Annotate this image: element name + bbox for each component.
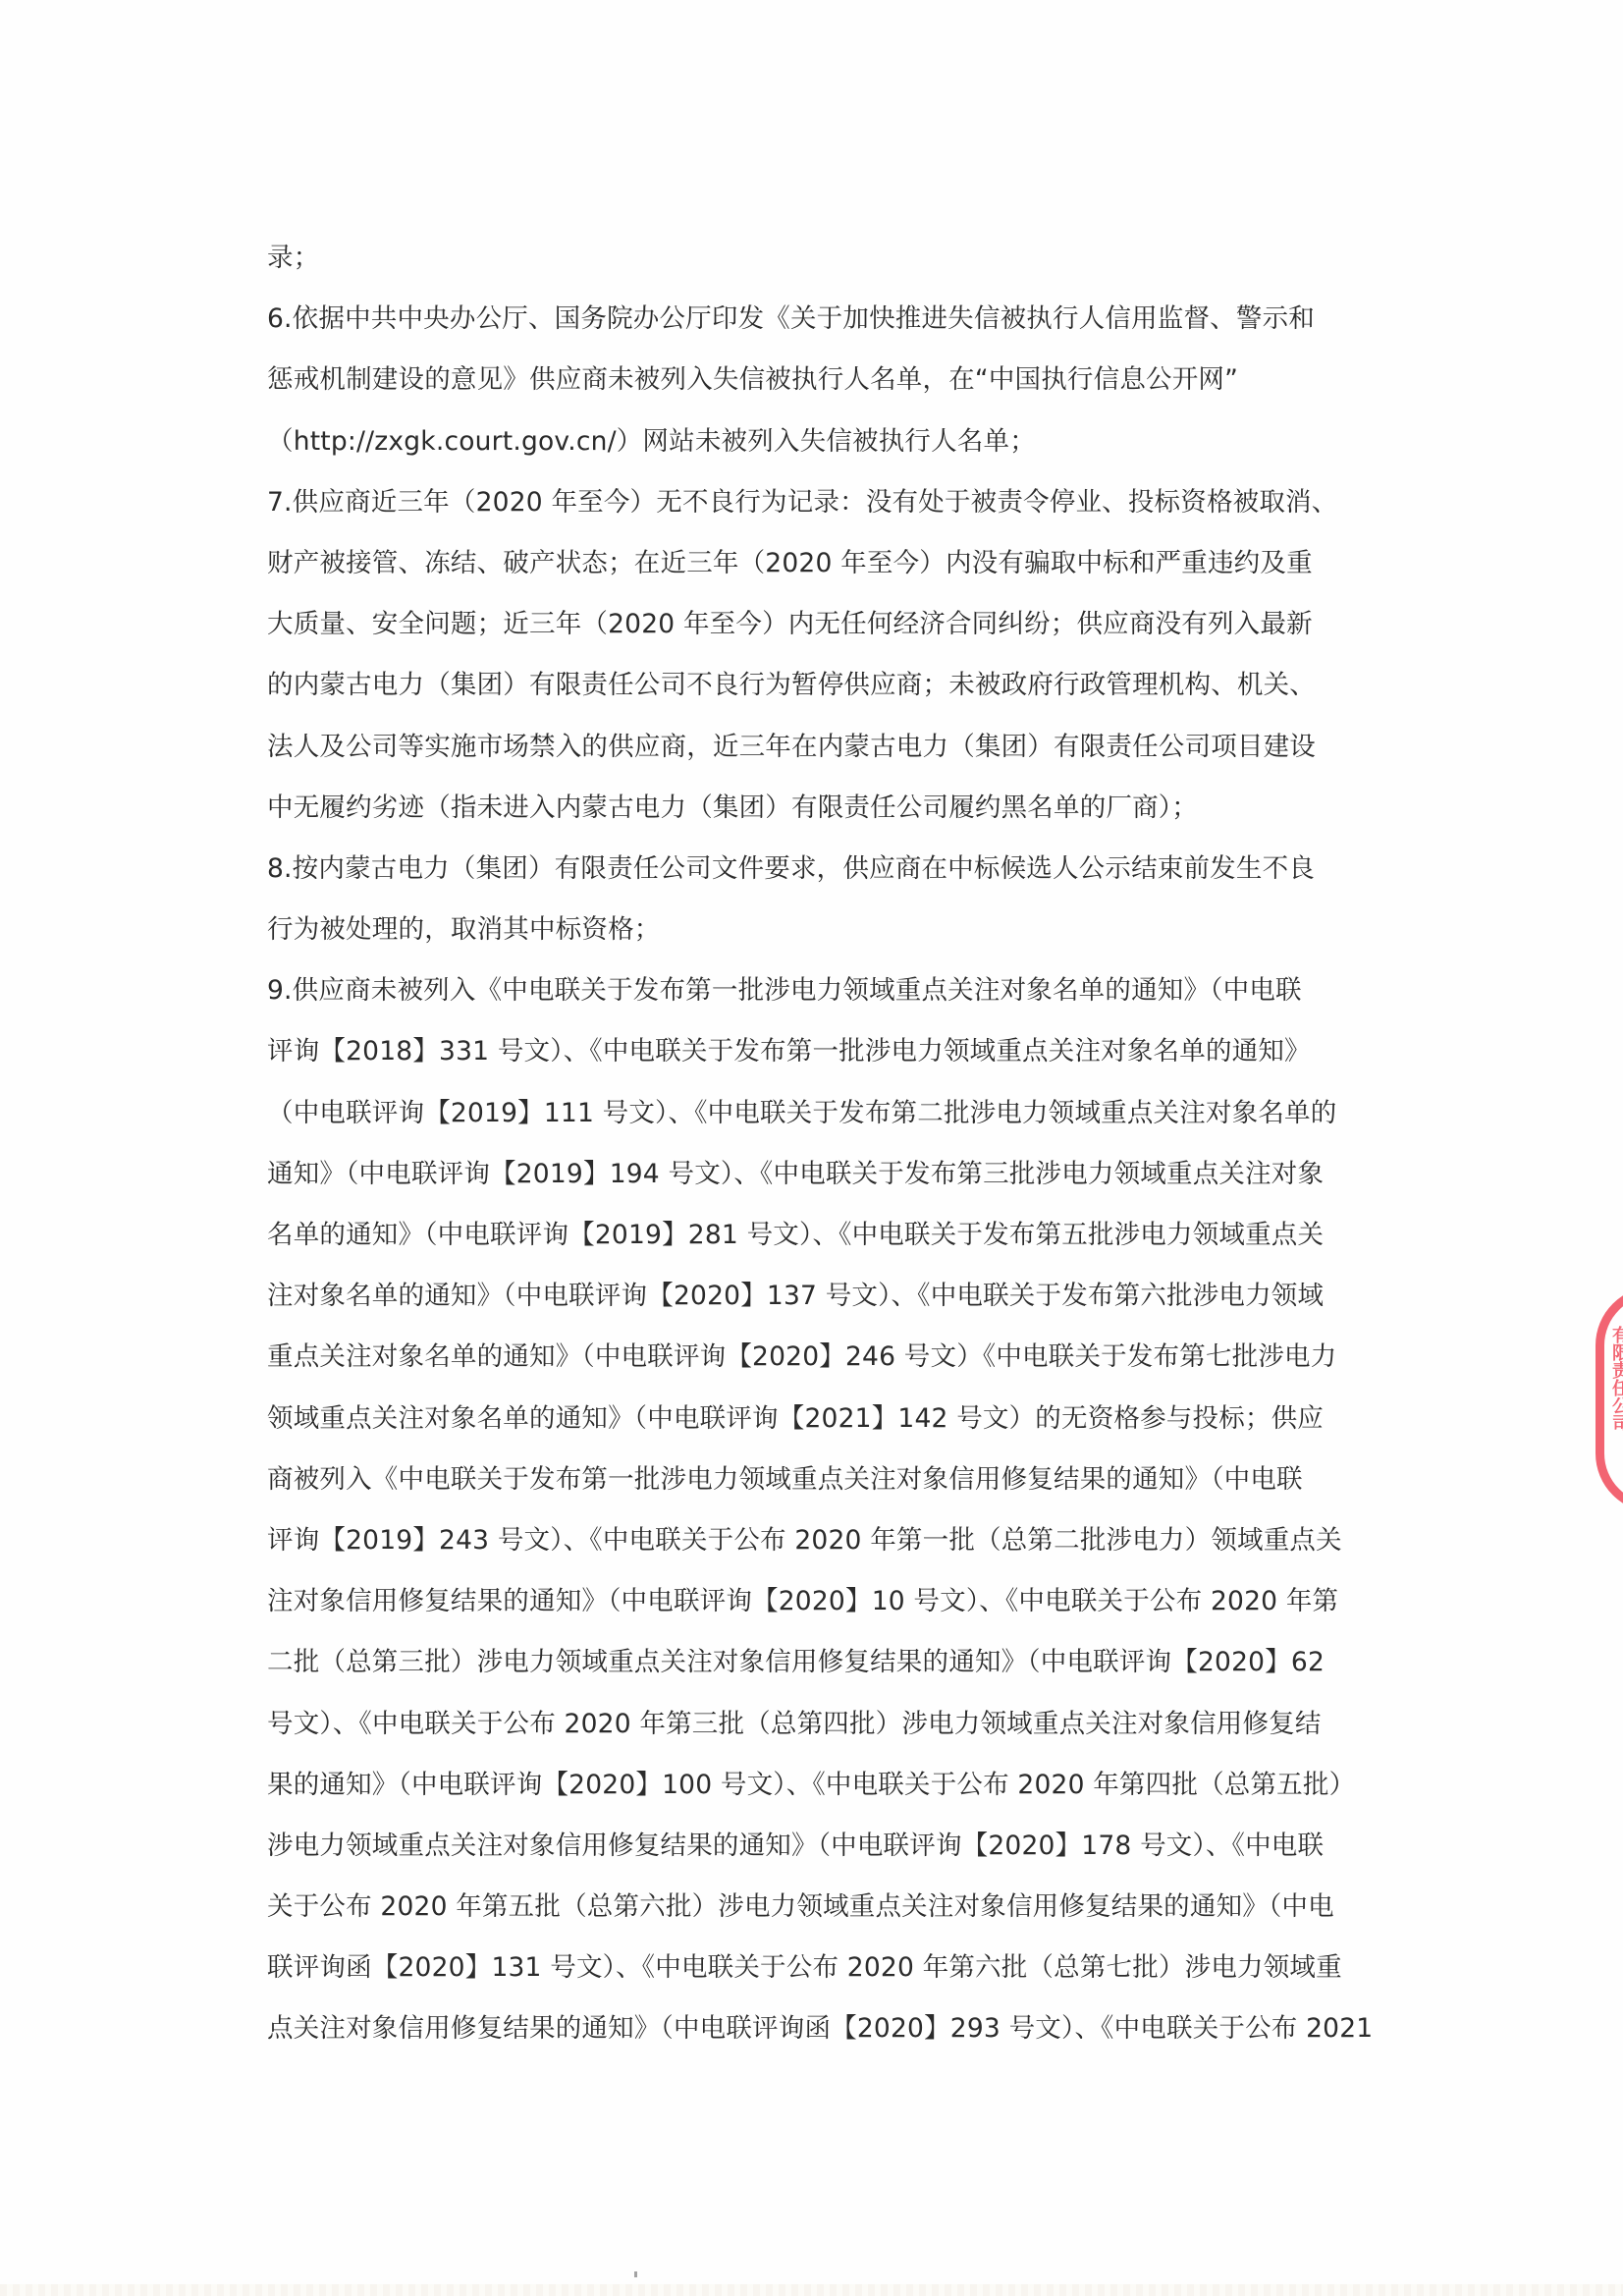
text-line: 惩戒机制建设的意见》供应商未被列入失信被执行人名单，在“中国执行信息公开网” xyxy=(267,350,1357,410)
text-line: 评询【2018】331 号文）、《中电联关于发布第一批涉电力领域重点关注对象名单… xyxy=(267,1021,1357,1082)
text-line: （http://zxgk.court.gov.cn/）网站未被列入失信被执行人名… xyxy=(267,411,1357,472)
text-line: 号文）、《中电联关于公布 2020 年第三批（总第四批）涉电力领域重点关注对象信… xyxy=(267,1694,1357,1755)
scan-edge xyxy=(0,2284,1623,2296)
text-line: 的内蒙古电力（集团）有限责任公司不良行为暂停供应商；未被政府行政管理机构、机关、 xyxy=(267,655,1357,716)
text-line: 名单的通知》（中电联评询【2019】281 号文）、《中电联关于发布第五批涉电力… xyxy=(267,1205,1357,1266)
seal-stamp-text: 有限责任公司 xyxy=(1606,1326,1623,1473)
text-line: 果的通知》（中电联评询【2020】100 号文）、《中电联关于公布 2020 年… xyxy=(267,1755,1357,1816)
scan-artifact xyxy=(634,2271,637,2277)
text-line: 注对象名单的通知》（中电联评询【2020】137 号文）、《中电联关于发布第六批… xyxy=(267,1266,1357,1327)
text-line: 联评询函【2020】131 号文）、《中电联关于公布 2020 年第六批（总第七… xyxy=(267,1938,1357,1998)
text-line: 涉电力领域重点关注对象信用修复结果的通知》（中电联评询【2020】178 号文）… xyxy=(267,1816,1357,1877)
text-line: 评询【2019】243 号文）、《中电联关于公布 2020 年第一批（总第二批涉… xyxy=(267,1510,1357,1571)
text-line: 领域重点关注对象名单的通知》（中电联评询【2021】142 号文）的无资格参与投… xyxy=(267,1389,1357,1449)
text-line: 中无履约劣迹（指未进入内蒙古电力（集团）有限责任公司履约黑名单的厂商）； xyxy=(267,778,1357,839)
text-line: 二批（总第三批）涉电力领域重点关注对象信用修复结果的通知》（中电联评询【2020… xyxy=(267,1632,1357,1693)
text-line: 财产被接管、冻结、破产状态；在近三年（2020 年至今）内没有骗取中标和严重违约… xyxy=(267,533,1357,594)
text-line: 点关注对象信用修复结果的通知》（中电联评询函【2020】293 号文）、《中电联… xyxy=(267,1998,1357,2059)
text-line: 9.供应商未被列入《中电联关于发布第一批涉电力领域重点关注对象名单的通知》（中电… xyxy=(267,960,1357,1021)
text-line: 录； xyxy=(267,228,1357,289)
text-line: 重点关注对象名单的通知》（中电联评询【2020】246 号文）《中电联关于发布第… xyxy=(267,1327,1357,1388)
document-body: 录； 6.依据中共中央办公厅、国务院办公厅印发《关于加快推进失信被执行人信用监督… xyxy=(267,228,1357,2060)
text-line: 注对象信用修复结果的通知》（中电联评询【2020】10 号文）、《中电联关于公布… xyxy=(267,1571,1357,1632)
text-line: 商被列入《中电联关于发布第一批涉电力领域重点关注对象信用修复结果的通知》（中电联 xyxy=(267,1449,1357,1510)
text-line: 关于公布 2020 年第五批（总第六批）涉电力领域重点关注对象信用修复结果的通知… xyxy=(267,1877,1357,1938)
text-line: 6.依据中共中央办公厅、国务院办公厅印发《关于加快推进失信被执行人信用监督、警示… xyxy=(267,289,1357,350)
text-line: 法人及公司等实施市场禁入的供应商，近三年在内蒙古电力（集团）有限责任公司项目建设 xyxy=(267,717,1357,778)
text-line: 7.供应商近三年（2020 年至今）无不良行为记录：没有处于被责令停业、投标资格… xyxy=(267,472,1357,533)
text-line: 大质量、安全问题；近三年（2020 年至今）内无任何经济合同纠纷；供应商没有列入… xyxy=(267,594,1357,655)
text-line: 行为被处理的，取消其中标资格； xyxy=(267,900,1357,960)
scanned-page: 录； 6.依据中共中央办公厅、国务院办公厅印发《关于加快推进失信被执行人信用监督… xyxy=(0,0,1623,2296)
text-line: 通知》（中电联评询【2019】194 号文）、《中电联关于发布第三批涉电力领域重… xyxy=(267,1144,1357,1205)
text-line: （中电联评询【2019】111 号文）、《中电联关于发布第二批涉电力领域重点关注… xyxy=(267,1083,1357,1144)
text-line: 8.按内蒙古电力（集团）有限责任公司文件要求，供应商在中标候选人公示结束前发生不… xyxy=(267,839,1357,900)
